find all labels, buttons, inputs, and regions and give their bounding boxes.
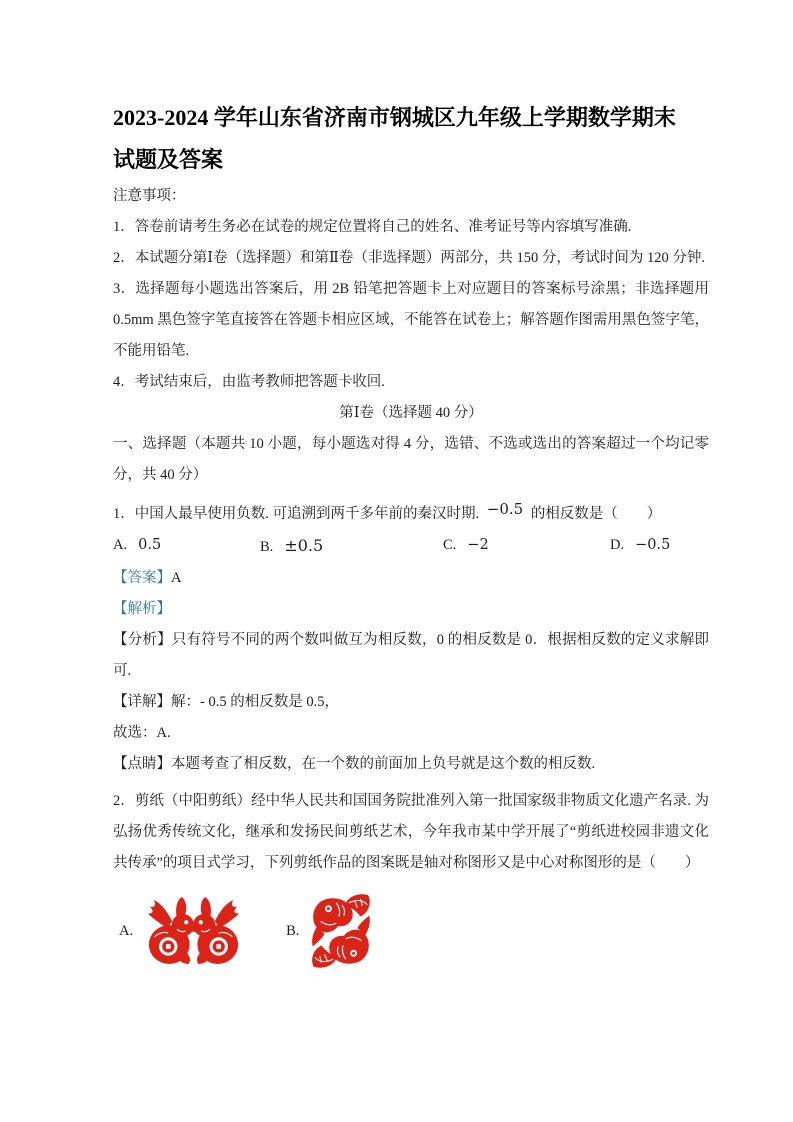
analysis-detail-line: 【分析】只有符号不同的两个数叫做互为相反数，0 的相反数是 0．根据相反数的定义…	[113, 625, 709, 687]
option-b-label: B.	[260, 539, 273, 555]
analysis-marker: 【解析】	[113, 601, 171, 617]
option-a-value: 0.5	[138, 537, 161, 553]
option-c: C.−2	[443, 530, 610, 563]
title-line-1: 2023-2024 学年山东省济南市钢城区九年级上学期数学期末	[113, 97, 709, 139]
notice-item-1: 1．答卷前请考生务必在试卷的规定位置将自己的姓名、准考证号等内容填写准确.	[113, 212, 709, 243]
section-1-intro: 一、选择题（本题共 10 小题，每小题选对得 4 分，选错、不选或选出的答案超过…	[113, 429, 709, 491]
q2-option-a-label: A.	[119, 923, 133, 940]
document-page: 2023-2024 学年山东省济南市钢城区九年级上学期数学期末 试题及答案 注意…	[0, 0, 793, 1122]
conclusion-line: 故选：A.	[113, 718, 709, 749]
question-1-options: A.0.5 B.±0.5 C.−2 D.−0.5	[113, 530, 709, 563]
rabbit-papercut-image	[145, 896, 242, 966]
option-d-value: −0.5	[635, 537, 670, 553]
question-1-text: 1．中国人最早使用负数. 可追溯到两千多年前的秦汉时期.	[113, 506, 479, 522]
title-line-2: 试题及答案	[113, 139, 709, 181]
answer-value: A	[171, 570, 181, 586]
fish-papercut-image	[309, 892, 373, 970]
notice-item-3: 3．选择题每小题选出答案后，用 2B 铅笔把答题卡上对应题目的答案标号涂黑；非选…	[113, 274, 709, 367]
question-2-options: A.	[113, 889, 709, 973]
solution-detail-line: 【详解】解：- 0.5 的相反数是 0.5，	[113, 687, 709, 718]
option-b: B.±0.5	[260, 530, 443, 563]
option-d-label: D.	[610, 537, 624, 553]
option-a-label: A.	[113, 537, 127, 553]
option-c-value: −2	[467, 537, 488, 553]
question-2-stem: 2．剪纸（中阳剪纸）经中华人民共和国国务院批准列入第一批国家级非物质文化遗产名录…	[113, 786, 709, 879]
answer-line: 【答案】A	[113, 563, 709, 594]
q2-option-b-label: B.	[286, 923, 299, 940]
notice-item-2: 2．本试题分第Ⅰ卷（选择题）和第Ⅱ卷（非选择题）两部分，共 150 分，考试时间…	[113, 243, 709, 274]
document-title: 2023-2024 学年山东省济南市钢城区九年级上学期数学期末 试题及答案	[113, 97, 709, 181]
analysis-header-line: 【解析】	[113, 594, 709, 625]
question-1-stem: 1．中国人最早使用负数. 可追溯到两千多年前的秦汉时期. −0.5 的相反数是（…	[113, 498, 709, 530]
answer-marker: 【答案】	[113, 570, 171, 586]
question-1-math-expression: −0.5	[487, 500, 523, 518]
option-a: A.0.5	[113, 530, 260, 563]
section-1-header: 第Ⅰ卷（选择题 40 分）	[113, 398, 709, 429]
question-1-text-suffix: 的相反数是（ ）	[531, 506, 662, 522]
notice-heading: 注意事项：	[113, 181, 709, 212]
option-d: D.−0.5	[610, 530, 709, 563]
option-b-value: ±0.5	[284, 536, 323, 555]
option-c-label: C.	[443, 537, 456, 553]
notice-item-4: 4．考试结束后，由监考教师把答题卡收回.	[113, 367, 709, 398]
key-point-line: 【点睛】本题考查了相反数，在一个数的前面加上负号就是这个数的相反数.	[113, 749, 709, 780]
document-content: 2023-2024 学年山东省济南市钢城区九年级上学期数学期末 试题及答案 注意…	[113, 97, 709, 973]
